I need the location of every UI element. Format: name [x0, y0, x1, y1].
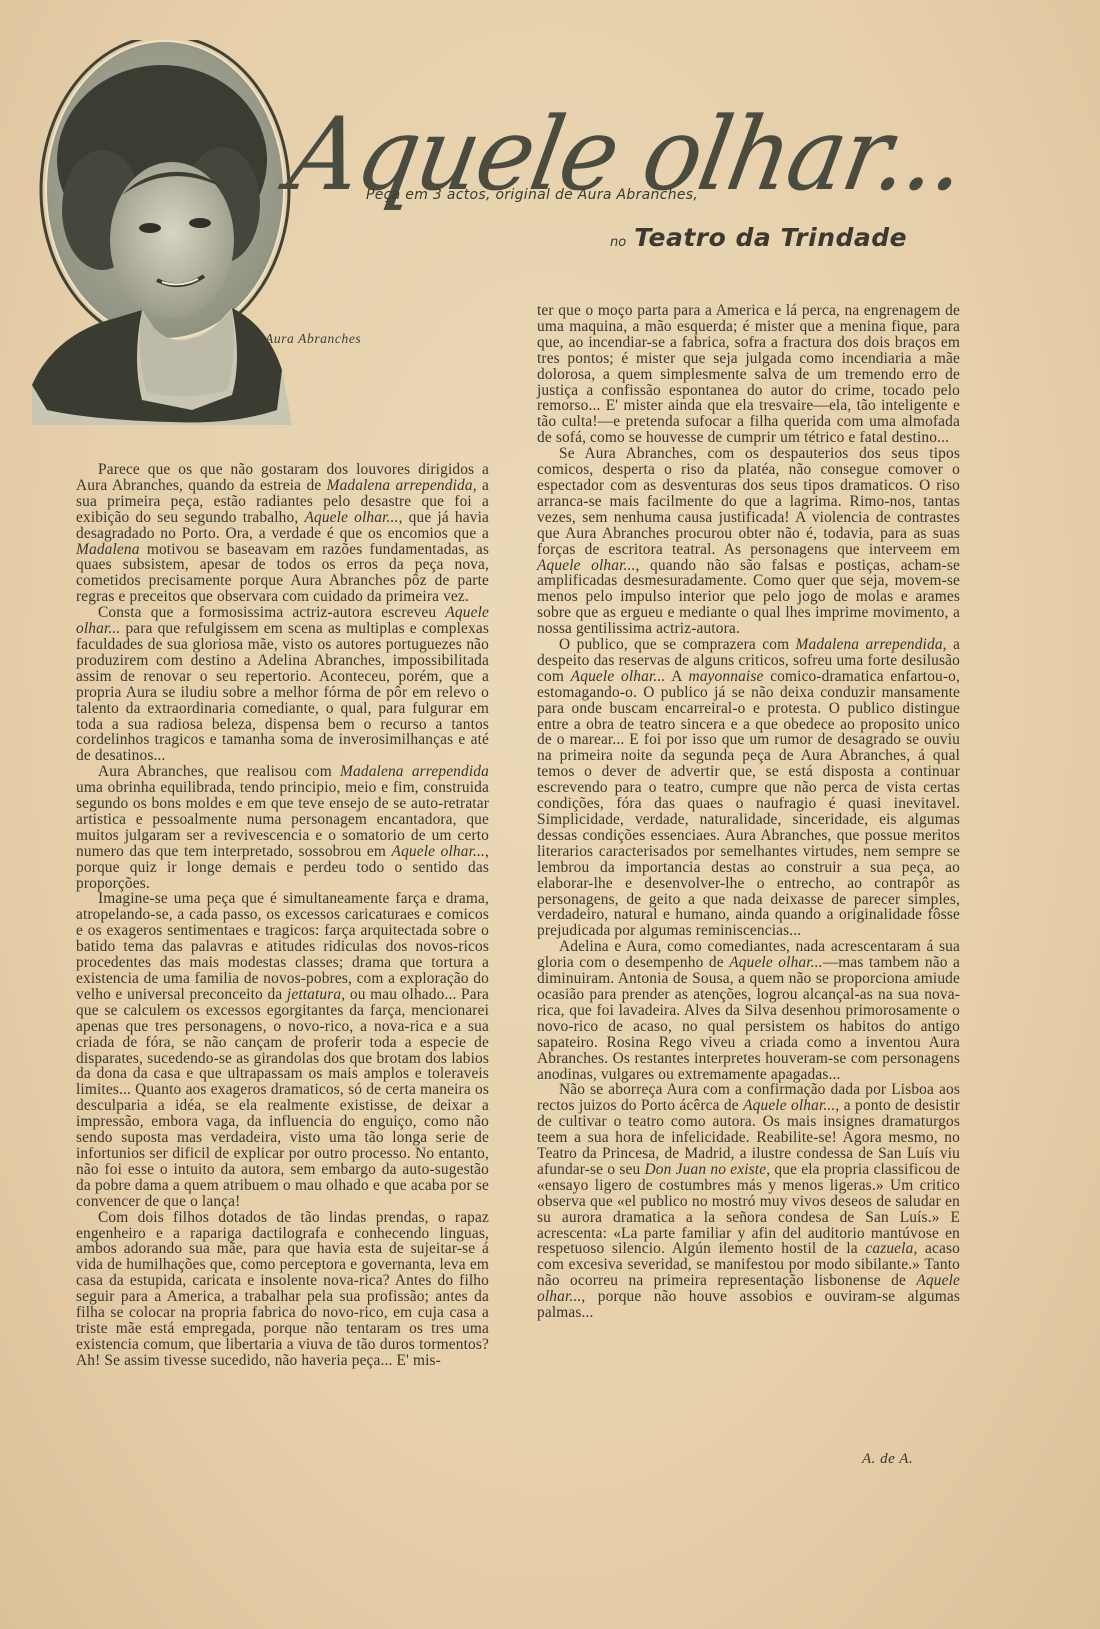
- italic-title-text: Aquele olhar...: [729, 954, 823, 971]
- body-text: , porque não houve assobios e ouviram-se…: [537, 1288, 960, 1321]
- article-paragraph: Com dois filhos dotados de tão lindas pr…: [76, 1210, 489, 1369]
- italic-title-text: Aquele olhar...: [743, 1097, 835, 1114]
- italic-title-text: Madalena arrependida: [340, 763, 489, 780]
- italic-title-text: Aquele olhar...: [571, 668, 666, 685]
- article-paragraph: Imagine-se uma peça que é simultaneament…: [76, 891, 489, 1209]
- author-signature: A. de A.: [862, 1451, 913, 1468]
- body-text: —mas tambem não a diminuiram. Antonia de…: [537, 954, 960, 1082]
- venue-preposition: no: [610, 235, 626, 250]
- article-paragraph: Adelina e Aura, como comediantes, nada a…: [537, 939, 960, 1082]
- body-text: A: [665, 668, 688, 685]
- italic-title-text: Aquele olhar...: [537, 557, 636, 574]
- venue-line: noTeatro da Trindade: [610, 223, 907, 252]
- left-column: Parece que os que não gostaram dos louvo…: [76, 462, 489, 1369]
- portrait-caption: Aura Abranches: [265, 331, 361, 347]
- body-text: ter que o moço parta para a America e lá…: [537, 302, 960, 446]
- article-paragraph: Não se aborreça Aura com a confirmação d…: [537, 1082, 960, 1321]
- body-text: comico-dramatica enfartou-o, estomagando…: [537, 668, 960, 940]
- article-subtitle: Peça em 3 actos, original de Aura Abranc…: [366, 187, 698, 203]
- portrait-photo: [32, 40, 292, 425]
- body-text: Consta que a formosissima actriz-autora …: [98, 604, 445, 621]
- body-text: Aura Abranches, que realisou com: [98, 763, 340, 780]
- body-text: O publico, que se comprazera com: [559, 636, 796, 653]
- italic-title-text: Madalena arrependida: [796, 636, 943, 653]
- italic-title-text: Don Juan no existe: [645, 1161, 767, 1178]
- italic-title-text: Aquele olhar...: [304, 509, 398, 526]
- body-text: Se Aura Abranches, com os despauterios d…: [537, 445, 960, 557]
- venue-name: Teatro da Trindade: [634, 223, 907, 252]
- article-paragraph: Aura Abranches, que realisou com Madalen…: [76, 764, 489, 891]
- italic-title-text: Aquele olhar...: [392, 843, 485, 860]
- italic-title-text: Madalena: [76, 541, 140, 558]
- portrait-image-icon: [32, 40, 292, 425]
- italic-title-text: cazuela: [865, 1240, 913, 1257]
- right-column: ter que o moço parta para a America e lá…: [537, 303, 960, 1321]
- article-paragraph: Consta que a formosissima actriz-autora …: [76, 605, 489, 764]
- magazine-page: Aura Abranches Aquele olhar... Peça em 3…: [0, 0, 1059, 1629]
- italic-title-text: mayonnaise: [688, 668, 763, 685]
- italic-title-text: Madalena arrependida: [327, 477, 473, 494]
- body-text: Com dois filhos dotados de tão lindas pr…: [76, 1209, 489, 1369]
- italic-title-text: jettatura: [287, 986, 341, 1003]
- article-paragraph: Se Aura Abranches, com os despauterios d…: [537, 446, 960, 637]
- article-paragraph: O publico, que se comprazera com Madalen…: [537, 637, 960, 939]
- body-text: para que refulgissem em scena as multipl…: [76, 620, 489, 764]
- article-paragraph: ter que o moço parta para a America e lá…: [537, 303, 960, 446]
- article-paragraph: Parece que os que não gostaram dos louvo…: [76, 462, 489, 605]
- body-text: , ou mau olhado... Para que se calculem …: [76, 986, 489, 1210]
